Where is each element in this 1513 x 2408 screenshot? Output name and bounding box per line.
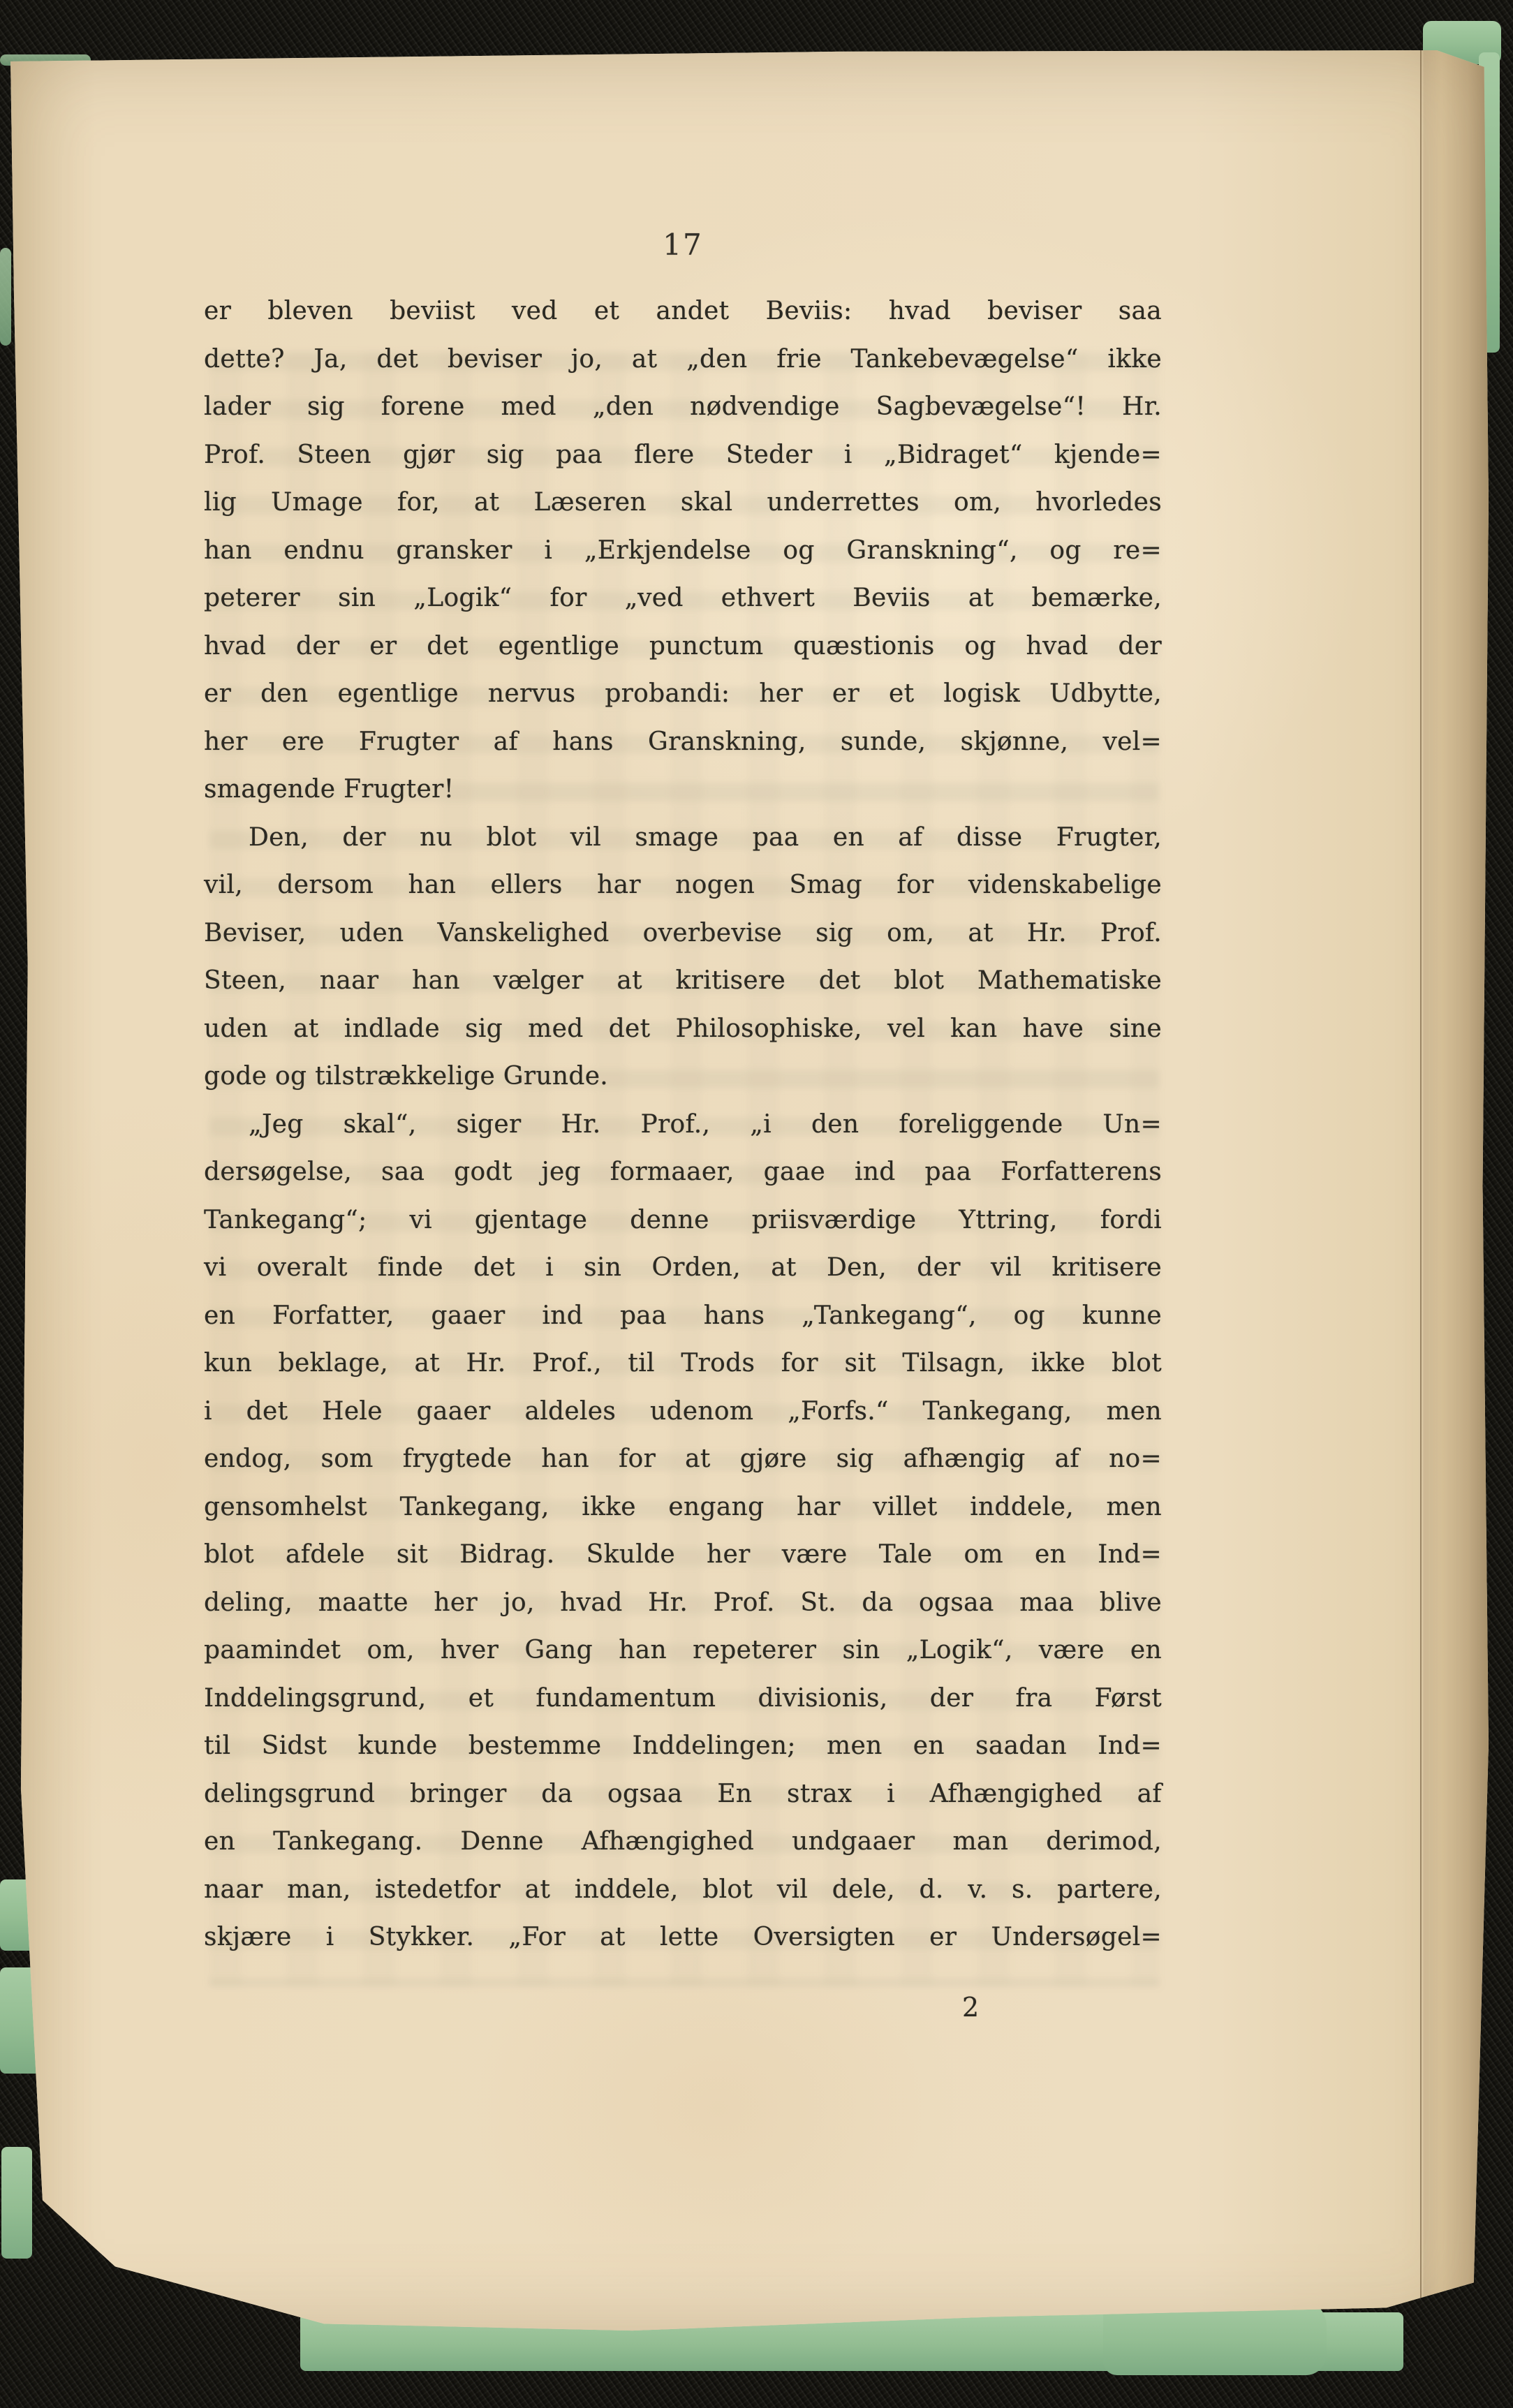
- text-line: gensomhelst Tankegang, ikke engang har v…: [204, 1484, 1162, 1532]
- text-line: Steen, naar han vælger at kritisere det …: [204, 957, 1162, 1005]
- text-line: gode og tilstrækkelige Grunde.: [204, 1053, 1162, 1101]
- text-line: peterer sin „Logik“ for „ved ethvert Bev…: [204, 575, 1162, 623]
- text-line: delingsgrund bringer da ogsaa En strax i…: [204, 1771, 1162, 1819]
- book-cover-edge-left: [0, 248, 11, 346]
- book-cover-edge-left: [1, 2147, 32, 2259]
- text-line: er den egentlige nervus probandi: her er…: [204, 670, 1162, 718]
- text-line: deling, maatte her jo, hvad Hr. Prof. St…: [204, 1579, 1162, 1627]
- text-block: er bleven beviist ved et andet Beviis: h…: [204, 288, 1162, 1962]
- text-line: skjære i Stykker. „For at lette Oversigt…: [204, 1914, 1162, 1962]
- text-line: dette? Ja, det beviser jo, at „den frie …: [204, 336, 1162, 384]
- text-line: er bleven beviist ved et andet Beviis: h…: [204, 288, 1162, 336]
- text-line: smagende Frugter!: [204, 766, 1162, 814]
- scan-background: { "page": { "number": "17", "signature":…: [0, 0, 1513, 2408]
- page-number: 17: [204, 228, 1162, 263]
- text-line: Prof. Steen gjør sig paa flere Steder i …: [204, 431, 1162, 480]
- text-line: blot afdele sit Bidrag. Skulde her være …: [204, 1531, 1162, 1579]
- text-line: Den, der nu blot vil smage paa en af dis…: [204, 814, 1162, 862]
- text-line: vi overalt finde det i sin Orden, at Den…: [204, 1244, 1162, 1292]
- text-line: en Tankegang. Denne Afhængighed undgaaer…: [204, 1818, 1162, 1866]
- text-line: til Sidst kunde bestemme Inddelingen; me…: [204, 1722, 1162, 1771]
- text-line: naar man, istedetfor at inddele, blot vi…: [204, 1866, 1162, 1914]
- text-line: Inddelingsgrund, et fundamentum division…: [204, 1675, 1162, 1723]
- text-line: paamindet om, hver Gang han repeterer si…: [204, 1627, 1162, 1675]
- page-fold-edge: [1420, 49, 1489, 2337]
- text-line: endog, som frygtede han for at gjøre sig…: [204, 1435, 1162, 1484]
- text-line: han endnu gransker i „Erkjendelse og Gra…: [204, 527, 1162, 575]
- text-line: i det Hele gaaer aldeles udenom „Forfs.“…: [204, 1388, 1162, 1436]
- text-line: her ere Frugter af hans Granskning, sund…: [204, 718, 1162, 767]
- text-line: lader sig forene med „den nødvendige Sag…: [204, 383, 1162, 431]
- text-line: dersøgelse, saa godt jeg formaaer, gaae …: [204, 1148, 1162, 1197]
- text-line: Beviser, uden Vanskelighed overbevise si…: [204, 910, 1162, 958]
- text-line: hvad der er det egentlige punctum quæsti…: [204, 623, 1162, 671]
- text-line: vil, dersom han ellers har nogen Smag fo…: [204, 862, 1162, 910]
- text-line: kun beklage, at Hr. Prof., til Trods for…: [204, 1340, 1162, 1388]
- text-line: uden at indlade sig med det Philosophisk…: [204, 1005, 1162, 1054]
- text-line: Tankegang“; vi gjentage denne priisværdi…: [204, 1197, 1162, 1245]
- signature-mark: 2: [962, 1991, 979, 2023]
- text-line: „Jeg skal“, siger Hr. Prof., „i den fore…: [204, 1101, 1162, 1149]
- text-line: lig Umage for, at Læseren skal underrett…: [204, 479, 1162, 527]
- text-line: en Forfatter, gaaer ind paa hans „Tankeg…: [204, 1292, 1162, 1340]
